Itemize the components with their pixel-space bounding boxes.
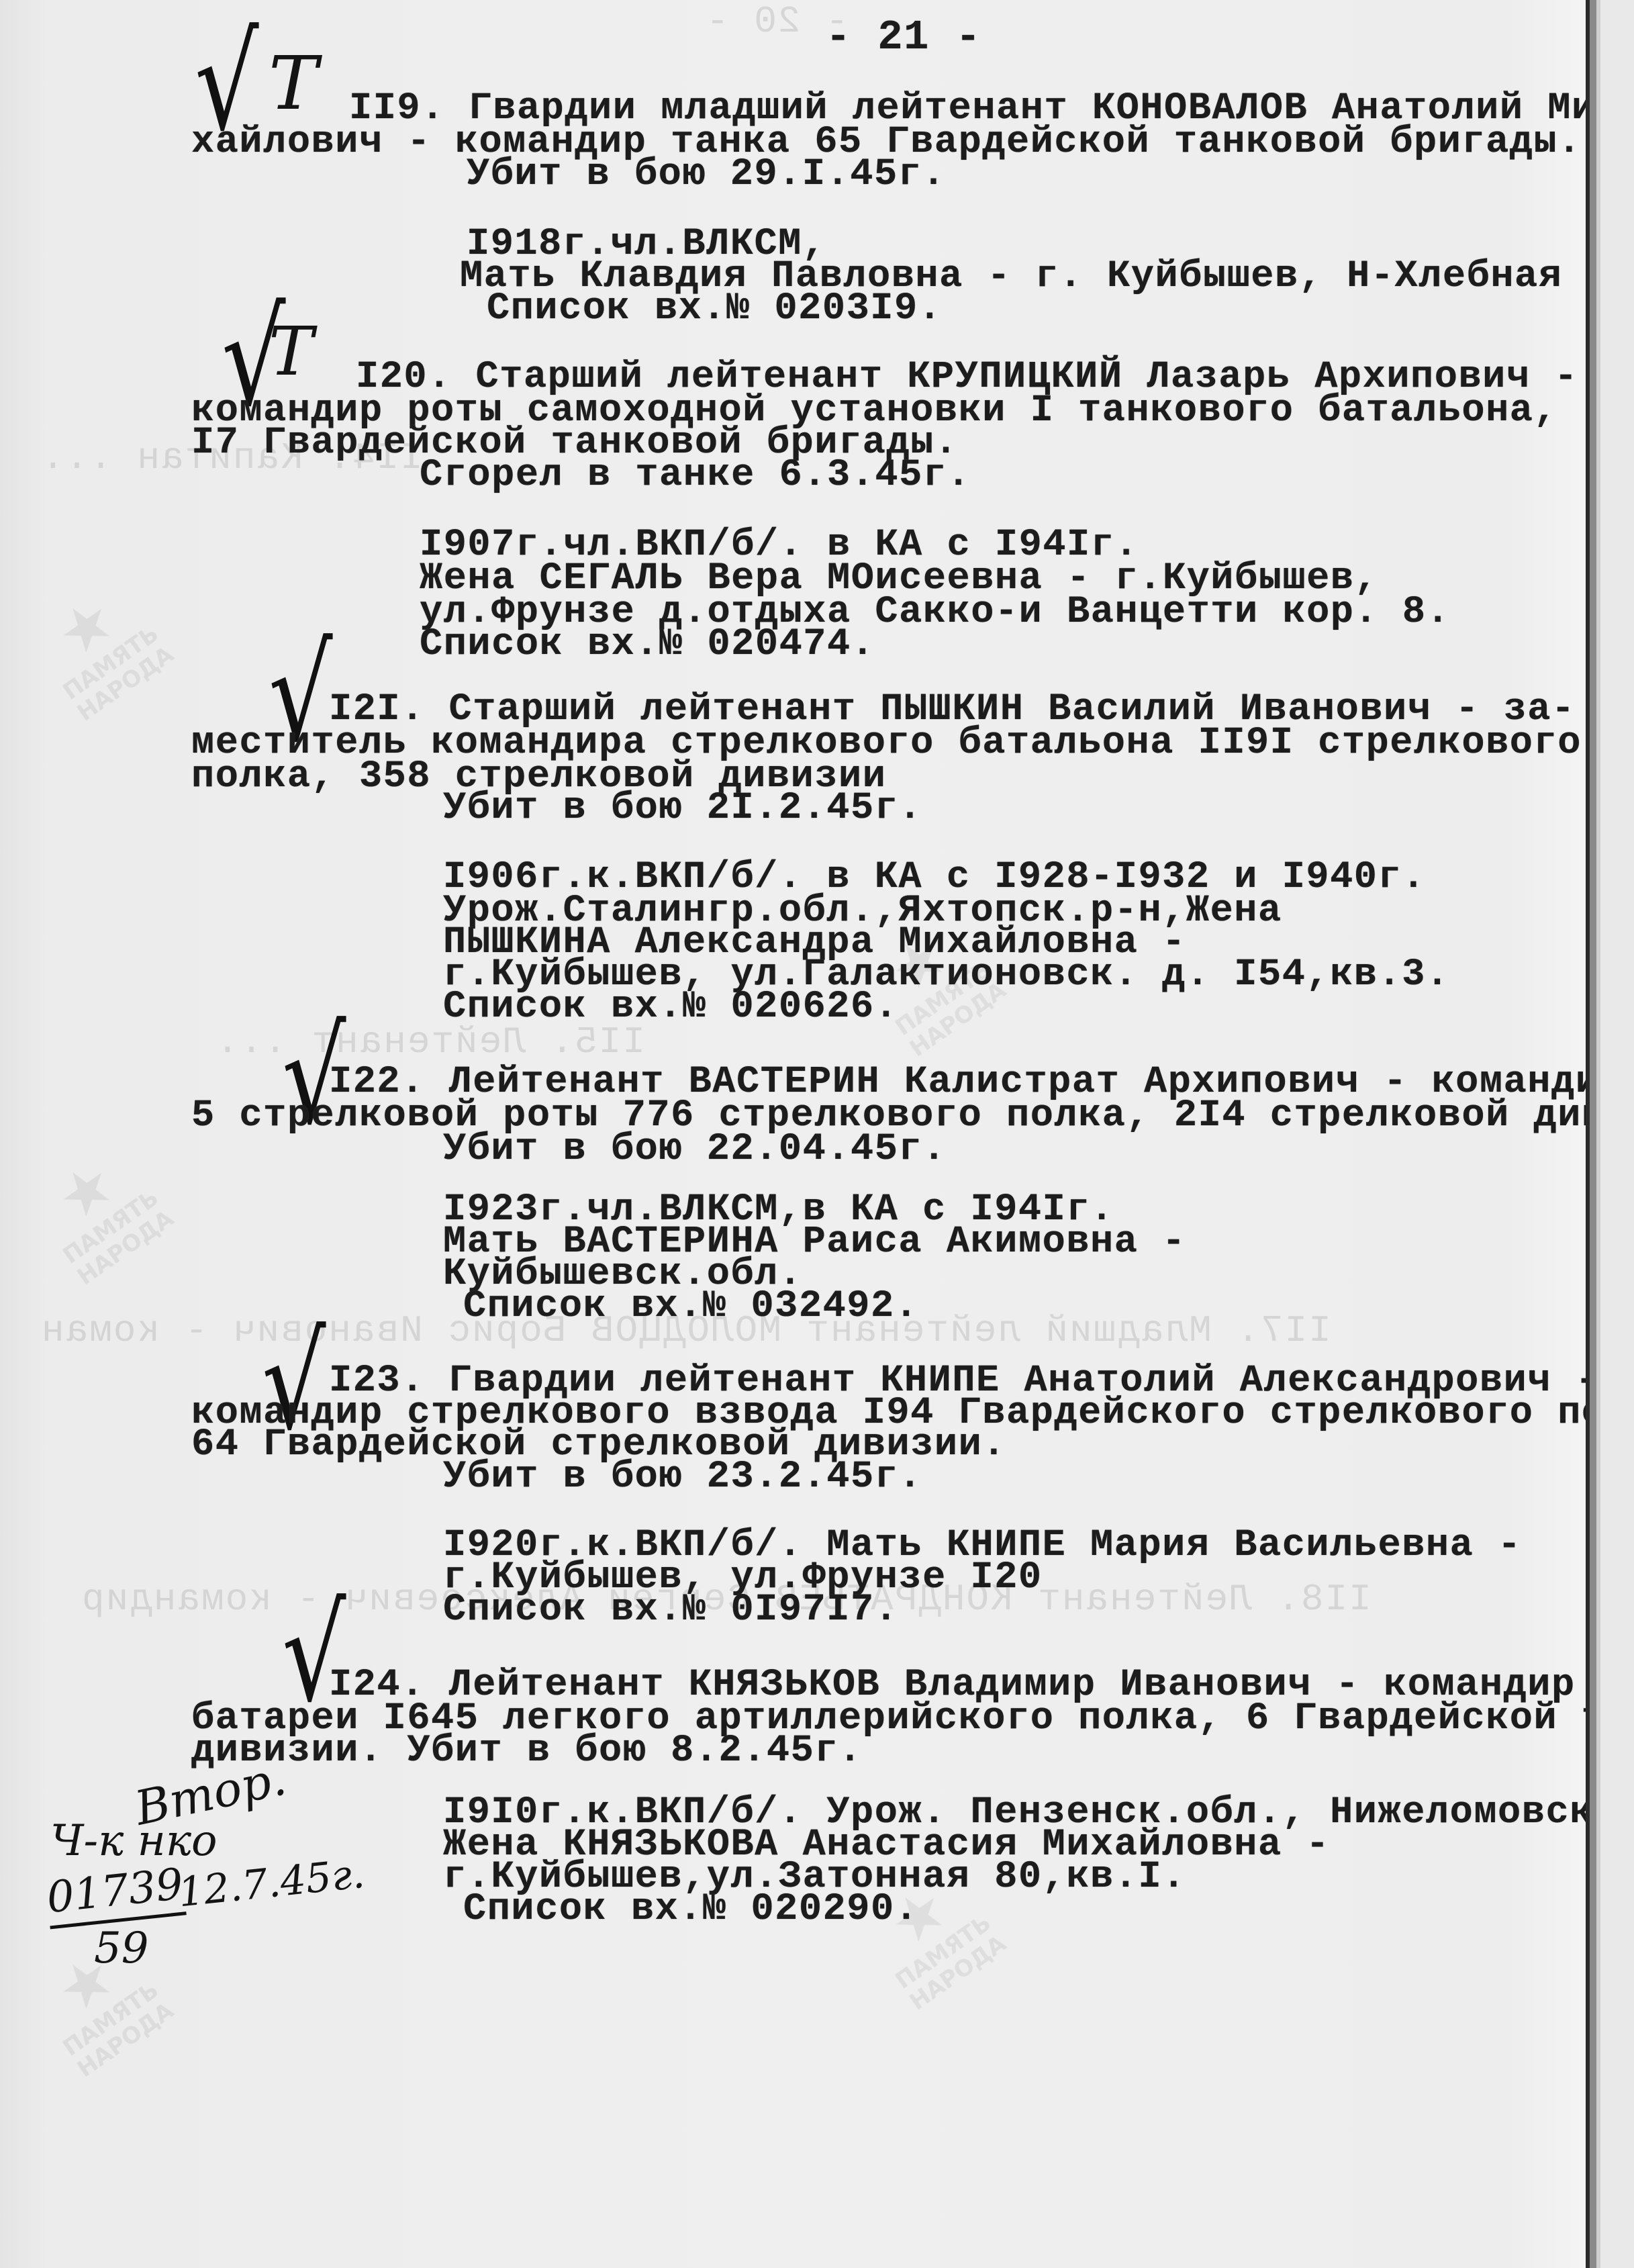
entry-120-line: Сгорел в танке 6.3.45г. <box>420 454 971 497</box>
watermark-stamp: ★ПАМЯТЬНАРОДА <box>14 565 201 752</box>
handwritten-note-denominator: 59 <box>94 1924 148 1973</box>
entry-123-line: Список вх.№ 0I97I7. <box>443 1589 898 1632</box>
entry-122-line: Убит в бою 22.04.45г. <box>443 1128 947 1171</box>
entry-122-line: Список вх.№ 032492. <box>463 1285 918 1328</box>
entry-119-line: Убит в бою 29.I.45г. <box>467 153 946 196</box>
entry-124-line: дивизии. Убит в бою 8.2.45г. <box>191 1730 863 1773</box>
handwritten-note-line2: Ч-к нко <box>50 1816 218 1866</box>
entry-121-line: Убит в бою 2I.2.45г. <box>443 787 922 830</box>
entry-123-line: Убит в бою 23.2.45г. <box>443 1456 922 1499</box>
entry-124-line: Список вх.№ 020290. <box>463 1888 918 1931</box>
handwritten-t-mark: Т <box>269 312 314 391</box>
document-page: - 20 - II4. Капитан ... II5. Лейтенант .… <box>0 0 1590 2268</box>
entry-119-line: Список вх.№ 0203I9. <box>487 287 942 330</box>
handwritten-t-mark: Т <box>269 40 318 126</box>
entry-121-line: Список вх.№ 020626. <box>443 986 898 1029</box>
entry-120-line: Список вх.№ 020474. <box>420 623 875 666</box>
page-number: - 21 - <box>826 13 981 61</box>
handwritten-note-number: 01739 <box>44 1860 186 1930</box>
watermark-stamp: ★ПАМЯТЬНАРОДА <box>14 1129 201 1316</box>
